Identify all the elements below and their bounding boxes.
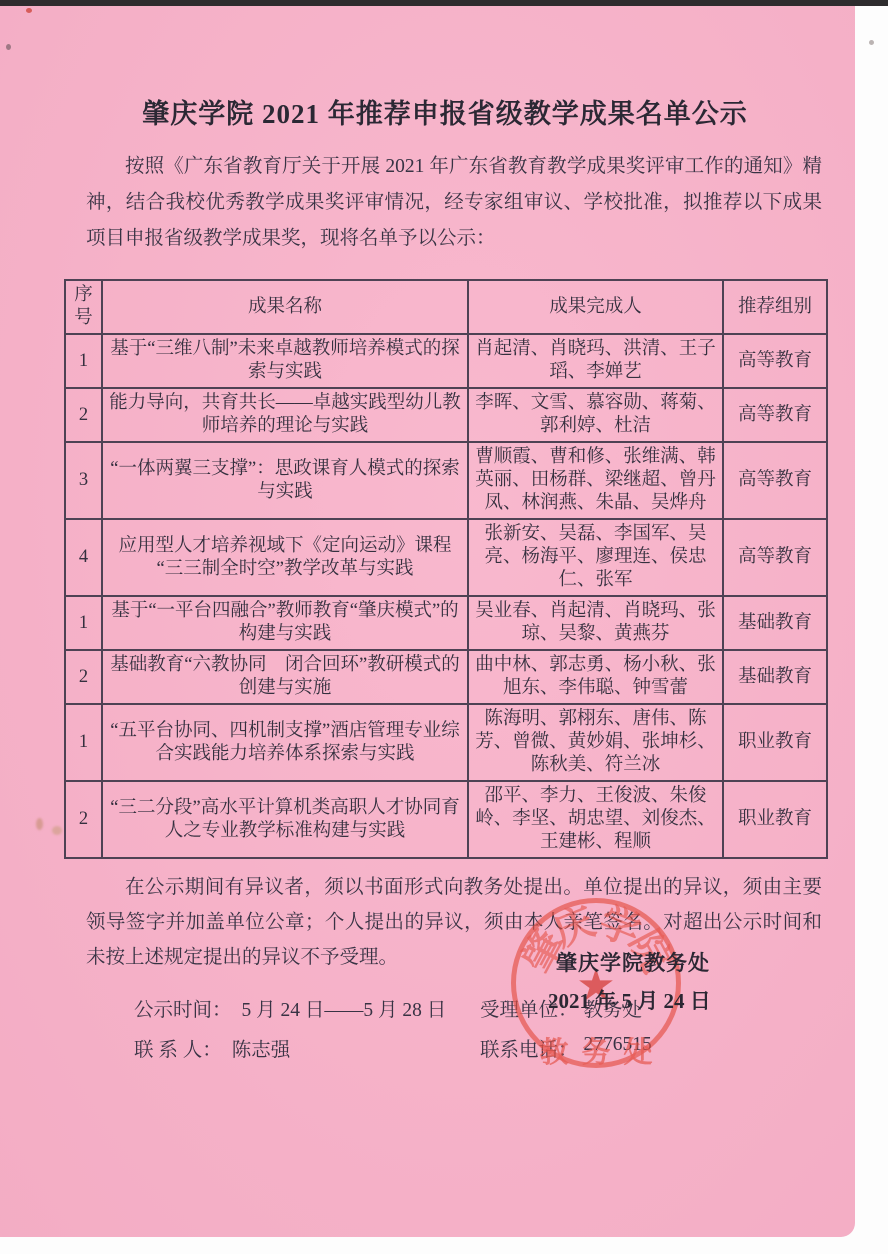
cell-name: 应用型人才培养视域下《定向运动》课程“三三制全时空”教学改革与实践 [102, 519, 468, 596]
page-title: 肇庆学院 2021 年推荐申报省级教学成果名单公示 [64, 92, 826, 131]
cell-name: 能力导向，共育共长——卓越实践型幼儿教师培养的理论与实践 [102, 388, 468, 442]
cell-people: 李晖、文雪、慕容勋、蒋菊、郭利婷、杜洁 [468, 388, 723, 442]
cell-no: 1 [65, 334, 102, 388]
cell-people: 肖起清、肖晓玛、洪清、王子瑫、李婵艺 [468, 334, 723, 388]
scan-speck [26, 8, 32, 13]
publicity-period: 公示时间： 5 月 24 日——5 月 28 日 [134, 994, 480, 1022]
cell-people: 曹顺霞、曹和修、张维满、韩英丽、田杨群、梁继超、曾丹凤、林润燕、朱晶、吴烨舟 [468, 442, 723, 519]
publicity-period-label: 公示时间： [134, 994, 232, 1022]
results-table: 序号 成果名称 成果完成人 推荐组别 1 基于“三维八制”未来卓越教师培养模式的… [64, 279, 828, 859]
scan-speck [52, 826, 62, 835]
cell-name: 基于“一平台四融合”教师教育“肇庆模式”的构建与实践 [102, 596, 468, 650]
table-row: 4 应用型人才培养视域下《定向运动》课程“三三制全时空”教学改革与实践 张新安、… [65, 519, 827, 596]
cell-group: 基础教育 [723, 596, 827, 650]
cell-name: “五平台协同、四机制支撑”酒店管理专业综合实践能力培养体系探索与实践 [102, 704, 468, 781]
scan-speck [6, 44, 11, 50]
cell-people: 张新安、吴磊、李国军、吴亮、杨海平、廖理连、侯忠仁、张军 [468, 519, 723, 596]
cell-name: “三二分段”高水平计算机类高职人才协同育人之专业教学标准构建与实践 [102, 781, 468, 858]
cell-group: 高等教育 [723, 388, 827, 442]
col-header-name: 成果名称 [102, 280, 468, 334]
contact-person-value: 陈志强 [232, 1034, 291, 1062]
table-row: 1 “五平台协同、四机制支撑”酒店管理专业综合实践能力培养体系探索与实践 陈海明… [65, 704, 827, 781]
official-seal: 肇 庆 学 院 ★ 教务处 [511, 898, 681, 1068]
cell-no: 1 [65, 704, 102, 781]
cell-people: 陈海明、郭栩东、唐伟、陈芳、曾微、黄妙娟、张坤杉、陈秋美、符兰冰 [468, 704, 723, 781]
cell-people: 曲中林、郭志勇、杨小秋、张旭东、李伟聪、钟雪蕾 [468, 650, 723, 704]
cell-no: 2 [65, 781, 102, 858]
table-row: 1 基于“一平台四融合”教师教育“肇庆模式”的构建与实践 吴业春、肖起清、肖晓玛… [65, 596, 827, 650]
scanned-page: 肇庆学院 2021 年推荐申报省级教学成果名单公示 按照《广东省教育厅关于开展 … [0, 0, 888, 1254]
cell-name: “一体两翼三支撑”：思政课育人模式的探索与实践 [102, 442, 468, 519]
signature-unit: 肇庆学院教务处 [556, 947, 710, 977]
contact-info: 公示时间： 5 月 24 日——5 月 28 日 受理单位： 教务处 联 系 人… [64, 988, 826, 1068]
cell-name: 基于“三维八制”未来卓越教师培养模式的探索与实践 [102, 334, 468, 388]
pink-paper: 肇庆学院 2021 年推荐申报省级教学成果名单公示 按照《广东省教育厅关于开展 … [0, 6, 855, 1237]
publicity-period-value: 5 月 24 日——5 月 28 日 [242, 994, 447, 1022]
cell-no: 2 [65, 650, 102, 704]
table-row: 2 “三二分段”高水平计算机类高职人才协同育人之专业教学标准构建与实践 邵平、李… [65, 781, 827, 858]
scan-speck [869, 40, 874, 45]
cell-people: 吴业春、肖起清、肖晓玛、张琼、吴黎、黄燕芬 [468, 596, 723, 650]
contact-person: 联 系 人： 陈志强 [134, 1034, 480, 1062]
col-header-group: 推荐组别 [723, 280, 827, 334]
cell-group: 职业教育 [723, 704, 827, 781]
table-row: 2 基础教育“六教协同 闭合回环”教研模式的创建与实施 曲中林、郭志勇、杨小秋、… [65, 650, 827, 704]
results-table-body: 1 基于“三维八制”未来卓越教师培养模式的探索与实践 肖起清、肖晓玛、洪清、王子… [65, 334, 827, 858]
intro-paragraph: 按照《广东省教育厅关于开展 2021 年广东省教育教学成果奖评审工作的通知》精神… [64, 149, 826, 257]
cell-name: 基础教育“六教协同 闭合回环”教研模式的创建与实施 [102, 650, 468, 704]
cell-people: 邵平、李力、王俊波、朱俊岭、李坚、胡忠望、刘俊杰、王建彬、程顺 [468, 781, 723, 858]
signature-date: 2021 年 5 月 24 日 [548, 985, 711, 1015]
document-content: 肇庆学院 2021 年推荐申报省级教学成果名单公示 按照《广东省教育厅关于开展 … [64, 92, 826, 1068]
cell-group: 职业教育 [723, 781, 827, 858]
objection-notice: 在公示期间有异议者，须以书面形式向教务处提出。单位提出的异议，须由主要领导签字并… [64, 870, 826, 975]
table-header-row: 序号 成果名称 成果完成人 推荐组别 [65, 280, 827, 334]
cell-no: 1 [65, 596, 102, 650]
contact-person-label: 联 系 人： [134, 1034, 222, 1062]
col-header-no: 序号 [65, 280, 102, 334]
table-row: 1 基于“三维八制”未来卓越教师培养模式的探索与实践 肖起清、肖晓玛、洪清、王子… [65, 334, 827, 388]
table-row: 2 能力导向，共育共长——卓越实践型幼儿教师培养的理论与实践 李晖、文雪、慕容勋… [65, 388, 827, 442]
table-row: 3 “一体两翼三支撑”：思政课育人模式的探索与实践 曹顺霞、曹和修、张维满、韩英… [65, 442, 827, 519]
col-header-people: 成果完成人 [468, 280, 723, 334]
cell-group: 高等教育 [723, 442, 827, 519]
cell-group: 高等教育 [723, 334, 827, 388]
seal-bottom-text: 教务处 [526, 1030, 665, 1071]
scan-edge [0, 0, 888, 6]
cell-no: 2 [65, 388, 102, 442]
cell-group: 高等教育 [723, 519, 827, 596]
contact-line-2: 联 系 人： 陈志强 联系电话： 2776515 [134, 1028, 826, 1068]
scan-speck [36, 818, 43, 830]
cell-no: 3 [65, 442, 102, 519]
contact-line-1: 公示时间： 5 月 24 日——5 月 28 日 受理单位： 教务处 [134, 988, 826, 1028]
cell-no: 4 [65, 519, 102, 596]
cell-group: 基础教育 [723, 650, 827, 704]
